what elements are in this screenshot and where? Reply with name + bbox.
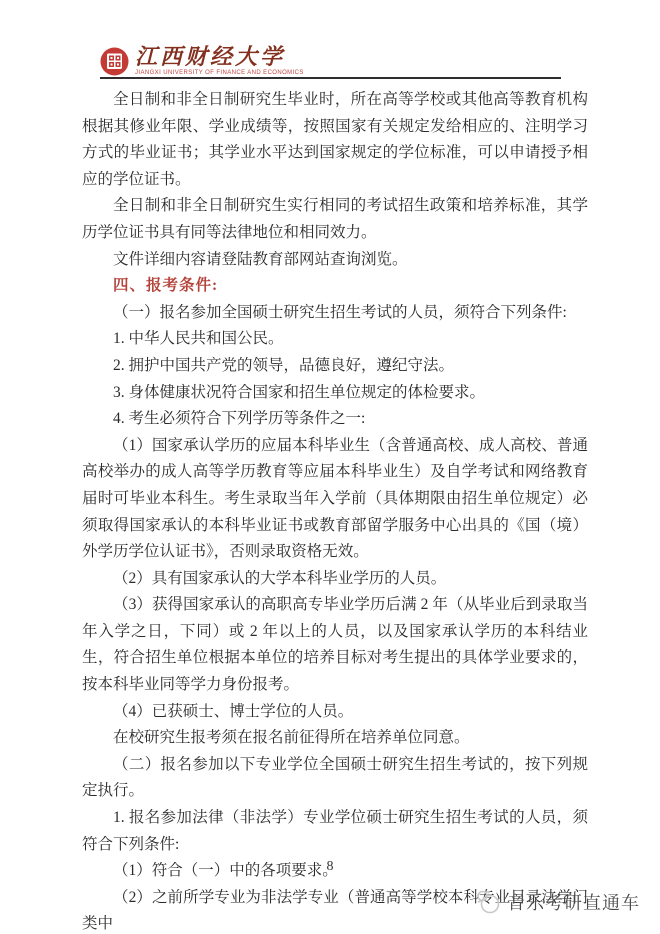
body-paragraph: （二）报名参加以下专业学位全国硕士研究生招生考试的，按下列规定执行。	[82, 752, 588, 805]
letterhead: 江西财经大学 JIANGXI UNIVERSITY OF FINANCE AND…	[100, 45, 304, 77]
body-paragraph: 全日制和非全日制研究生毕业时，所在高等学校或其他高等教育机构根据其修业年限、学业…	[82, 87, 588, 193]
body-paragraph: （1）国家承认学历的应届本科毕业生（含普通高校、成人高校、普通高校举办的成人高等…	[82, 433, 588, 566]
body-paragraph: 1. 中华人民共和国公民。	[82, 326, 588, 353]
document-page: 江西财经大学 JIANGXI UNIVERSITY OF FINANCE AND…	[0, 0, 660, 934]
body-paragraph: 文件详细内容请登陆教育部网站查询浏览。	[82, 247, 588, 274]
watermark-logo-icon	[475, 888, 502, 915]
university-seal-icon	[100, 47, 129, 76]
body-paragraph: 全日制和非全日制研究生实行相同的考试招生政策和培养标准，其学历学位证书具有同等法…	[82, 193, 588, 246]
header-divider	[100, 77, 561, 79]
body-paragraph: 4. 考生必须符合下列学历等条件之一:	[82, 406, 588, 433]
university-name: 江西财经大学	[135, 45, 304, 69]
document-body: 全日制和非全日制研究生毕业时，所在高等学校或其他高等教育机构根据其修业年限、学业…	[82, 87, 588, 934]
university-name-block: 江西财经大学 JIANGXI UNIVERSITY OF FINANCE AND…	[135, 45, 304, 77]
page-number: 8	[0, 859, 660, 875]
body-paragraph: （2）具有国家承认的大学本科毕业学历的人员。	[82, 566, 588, 593]
watermark: 音乐考研直通车	[475, 888, 640, 915]
body-paragraph: 在校研究生报考须在报名前征得所在培养单位同意。	[82, 725, 588, 752]
university-name-en: JIANGXI UNIVERSITY OF FINANCE AND ECONOM…	[135, 69, 304, 77]
body-paragraph: （4）已获硕士、博士学位的人员。	[82, 699, 588, 726]
body-paragraph: 3. 身体健康状况符合国家和招生单位规定的体检要求。	[82, 380, 588, 407]
university-logo: 江西财经大学 JIANGXI UNIVERSITY OF FINANCE AND…	[100, 45, 304, 77]
body-paragraph: 1. 报名参加法律（非法学）专业学位硕士研究生招生考试的人员，须符合下列条件:	[82, 805, 588, 858]
body-paragraph: （3）获得国家承认的高职高专毕业学历后满 2 年（从毕业后到录取当年入学之日，下…	[82, 592, 588, 698]
body-paragraph: （一）报名参加全国硕士研究生招生考试的人员，须符合下列条件:	[82, 300, 588, 327]
section-heading: 四、报考条件:	[82, 273, 588, 300]
body-paragraph: 2. 拥护中国共产党的领导，品德良好，遵纪守法。	[82, 353, 588, 380]
watermark-text: 音乐考研直通车	[507, 889, 640, 915]
